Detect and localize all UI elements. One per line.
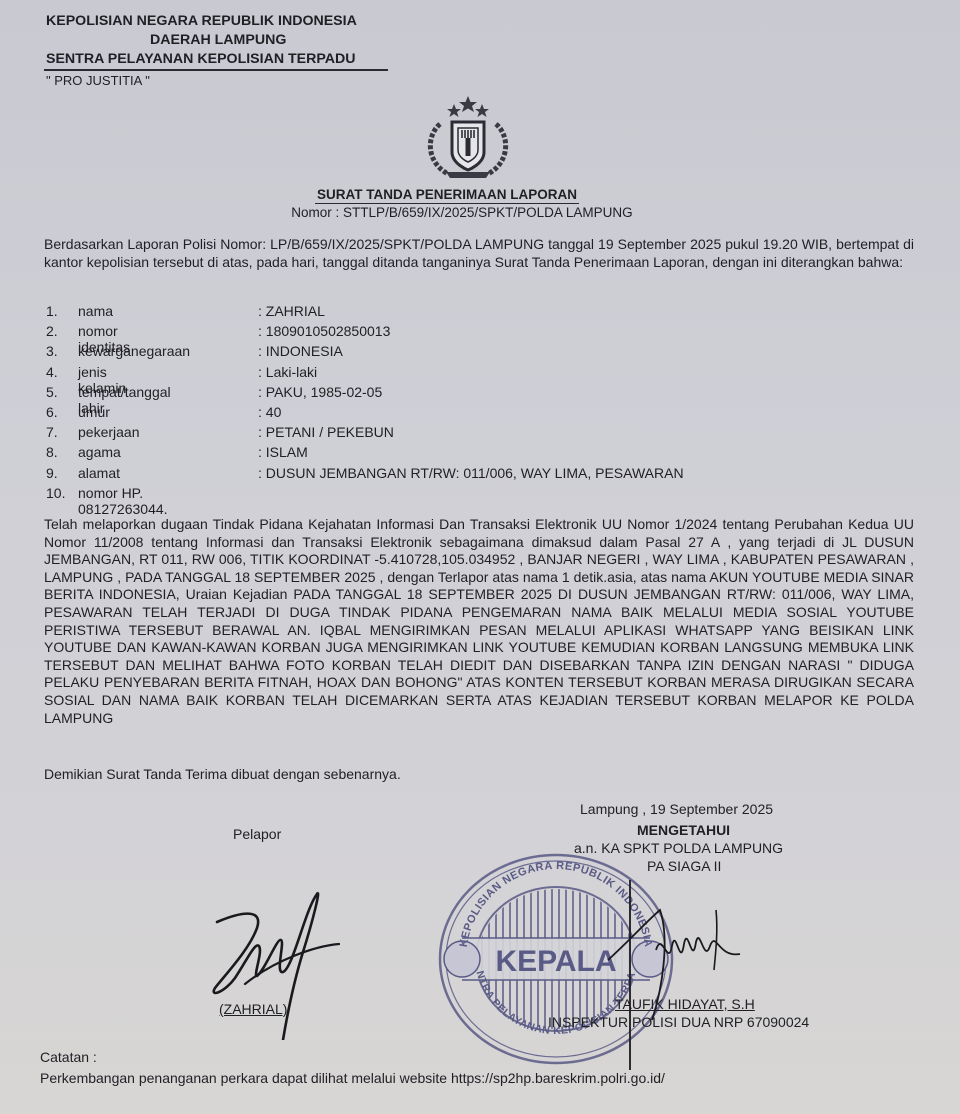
officer-rank: INSPEKTUR POLISI DUA NRP 67090024 xyxy=(548,1014,809,1030)
identity-number: 3. xyxy=(46,343,58,359)
agency-header: KEPOLISIAN NEGARA REPUBLIK INDONESIA DAE… xyxy=(46,12,357,69)
identity-value: : PAKU, 1985-02-05 xyxy=(258,384,382,400)
identity-value: : ISLAM xyxy=(258,444,308,460)
police-emblem-icon xyxy=(418,94,518,184)
identity-number: 5. xyxy=(46,384,58,400)
identity-number: 6. xyxy=(46,404,58,420)
identity-value: : INDONESIA xyxy=(258,343,343,359)
place-date: Lampung , 19 September 2025 xyxy=(580,801,773,817)
identity-label: nama xyxy=(78,303,113,319)
identity-value: : 40 xyxy=(258,404,281,420)
reporter-name: (ZAHRIAL) xyxy=(219,1001,287,1017)
officer-name: TAUFIK HIDAYAT, S.H xyxy=(615,996,755,1012)
report-paragraph: Telah melaporkan dugaan Tindak Pidana Ke… xyxy=(44,516,914,727)
identity-label: agama xyxy=(78,444,121,460)
intro-paragraph: Berdasarkan Laporan Polisi Nomor: LP/B/6… xyxy=(44,236,914,271)
officer-signature-icon xyxy=(600,880,750,1070)
pro-justitia-label: " PRO JUSTITIA " xyxy=(46,73,150,88)
closing-statement: Demikian Surat Tanda Terima dibuat denga… xyxy=(44,766,401,782)
acknowledge-label: MENGETAHUI xyxy=(637,822,730,838)
identity-number: 7. xyxy=(46,424,58,440)
identity-label: nomor HP. 08127263044. xyxy=(78,485,168,517)
notes-text: Perkembangan penanganan perkara dapat di… xyxy=(40,1070,665,1086)
document-title-block: SURAT TANDA PENERIMAAN LAPORAN Nomor : S… xyxy=(0,186,960,220)
identity-label: umur xyxy=(78,404,110,420)
identity-label: kewarganegaraan xyxy=(78,343,190,359)
identity-value: : PETANI / PEKEBUN xyxy=(258,424,394,440)
agency-line-3: SENTRA PELAYANAN KEPOLISIAN TERPADU xyxy=(46,50,357,69)
header-divider xyxy=(44,69,388,71)
notes-label: Catatan : xyxy=(40,1049,97,1065)
document-number: Nomor : STTLP/B/659/IX/2025/SPKT/POLDA L… xyxy=(0,205,960,220)
identity-number: 1. xyxy=(46,303,58,319)
identity-value: : ZAHRIAL xyxy=(258,303,325,319)
stamp-center-text: KEPALA xyxy=(495,945,616,978)
identity-value: : Laki-laki xyxy=(258,364,317,380)
identity-label: alamat xyxy=(78,465,120,481)
identity-label: pekerjaan xyxy=(78,424,140,440)
identity-number: 8. xyxy=(46,444,58,460)
identity-number: 10. xyxy=(46,485,65,501)
identity-value: : 1809010502850013 xyxy=(258,323,390,339)
identity-number: 2. xyxy=(46,323,58,339)
agency-line-2: DAERAH LAMPUNG xyxy=(46,31,357,50)
identity-number: 4. xyxy=(46,364,58,380)
reporter-label: Pelapor xyxy=(233,826,281,842)
identity-value: : DUSUN JEMBANGAN RT/RW: 011/006, WAY LI… xyxy=(258,465,684,481)
identity-number: 9. xyxy=(46,465,58,481)
agency-line-1: KEPOLISIAN NEGARA REPUBLIK INDONESIA xyxy=(46,12,357,31)
document-title: SURAT TANDA PENERIMAAN LAPORAN xyxy=(315,187,579,204)
